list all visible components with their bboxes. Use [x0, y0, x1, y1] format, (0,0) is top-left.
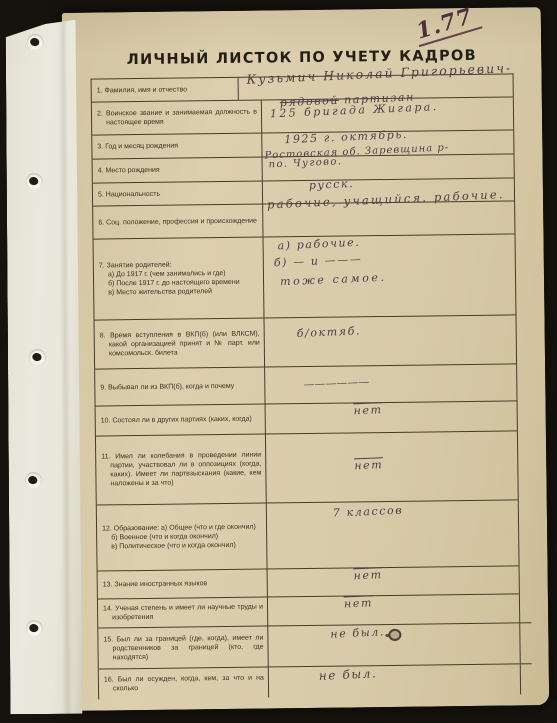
field-label-cell: 5. Национальность — [93, 182, 263, 206]
field-number: 12. — [102, 525, 112, 532]
field-value-handwritten: не был. — [268, 623, 519, 666]
field-label: 4. Место рождения — [98, 165, 258, 176]
field-number: 4. — [98, 167, 104, 174]
field-number: 1. — [97, 87, 103, 94]
field-label-cell: 6. Соц. положение, профессия и происхожд… — [93, 205, 263, 239]
scan-background: 1.77 ЛИЧНЫЙ ЛИСТОК ПО УЧЕТУ КАДРОВ 1. Фа… — [0, 0, 557, 723]
punch-hole — [27, 34, 44, 51]
field-sublabel: в) Политическое (что и когда окончил) — [111, 541, 262, 552]
field-number: 10. — [101, 417, 111, 424]
field-label: 10. Состоял ли в других партиях (каких, … — [101, 415, 261, 426]
form-row: 11. Имел ли колебания в проведении линии… — [96, 431, 518, 505]
field-label-cell: 15. Был ли за границей (где, когда), име… — [98, 626, 268, 668]
field-number: 14. — [103, 605, 113, 612]
handwritten-entry-line: 7 классов — [333, 499, 518, 520]
field-number: 11. — [101, 453, 110, 460]
form-row: 7. Занятие родителей: а) До 1917 г. (чем… — [94, 234, 516, 320]
field-label-cell: 11. Имел ли колебания в проведении линии… — [96, 434, 267, 504]
field-number: 8. — [100, 332, 106, 339]
handwritten-entry-line: нет — [354, 452, 517, 472]
field-number: 2. — [97, 110, 103, 117]
field-label-cell: 1. Фамилия, имя и отчество — [92, 78, 239, 102]
field-label-cell: 4. Место рождения — [93, 158, 263, 183]
field-label: 16. Был ли осужден, когда, кем, за что и… — [104, 674, 264, 694]
field-label: 2. Воинское звание и занимаемая должност… — [97, 108, 257, 128]
punch-hole — [26, 173, 43, 190]
field-label: 15. Был ли за границей (где, когда), име… — [103, 633, 263, 662]
field-value-handwritten: 7 классов — [267, 500, 519, 568]
field-label: 13. Знание иностранных языков — [103, 579, 263, 590]
handwritten-entry-line: тоже самое. — [280, 265, 515, 288]
field-label-cell: 3. Год и месяц рождения — [92, 134, 262, 159]
field-label-cell: 2. Воинское звание и занимаемая должност… — [92, 101, 262, 135]
field-label: 1. Фамилия, имя и отчество — [97, 84, 234, 95]
field-label: 8. Время вступления в ВКП(б) (или ВЛКСМ)… — [100, 329, 260, 358]
field-label: 14. Ученая степень и имеет ли научные тр… — [103, 603, 263, 623]
field-label-cell: 13. Знание иностранных языков — [98, 569, 268, 598]
field-label-cell: 16. Был ли осужден, когда, кем, за что и… — [99, 667, 269, 699]
field-label-cell: 8. Время вступления в ВКП(б) (или ВЛКСМ)… — [95, 318, 266, 368]
field-value-handwritten: —————— — [265, 364, 516, 403]
field-number: 7. — [99, 262, 105, 269]
field-label-cell: 9. Выбывал ли из ВКП(б), когда и почему — [95, 367, 265, 405]
punch-hole — [25, 472, 42, 489]
punch-hole — [29, 349, 46, 366]
field-number: 16. — [104, 676, 114, 683]
strip-fold-shadow — [58, 20, 73, 714]
field-label: 11. Имел ли колебания в проведении линии… — [101, 451, 261, 489]
field-number: 6. — [98, 219, 104, 226]
field-label: 3. Год и месяц рождения — [97, 141, 257, 152]
field-number: 13. — [103, 581, 113, 588]
form-row: 8. Время вступления в ВКП(б) (или ВЛКСМ)… — [95, 315, 517, 369]
field-number: 15. — [103, 636, 113, 643]
field-value-handwritten: нет — [266, 401, 517, 433]
field-value-handwritten: а) рабочие.б) — и ———тоже самое. — [264, 234, 516, 317]
punch-hole — [26, 620, 43, 637]
field-sublabel: в) Место жительства родителей — [108, 287, 259, 298]
field-label-cell: 7. Занятие родителей: а) До 1917 г. (чем… — [94, 238, 265, 320]
handwritten-entry-line: —————— — [303, 369, 516, 391]
field-label-cell: 14. Ученая степень и имеет ли научные тр… — [98, 597, 268, 627]
archive-number-handwritten: 1.77 — [411, 1, 482, 47]
handwritten-entry-line: б/октяб. — [296, 318, 515, 341]
field-number: 3. — [97, 143, 103, 150]
field-number: 9. — [100, 384, 106, 391]
field-label-cell: 12. Образование: а) Общее (что и где око… — [97, 503, 268, 570]
field-label: 9. Выбывал ли из ВКП(б), когда и почему — [100, 381, 260, 392]
field-label-cell: 10. Состоял ли в других партиях (каких, … — [96, 404, 266, 435]
field-value-handwritten: б/октяб. — [265, 315, 517, 366]
field-label: 6. Соц. положение, профессия и происхожд… — [98, 216, 258, 227]
form-table: 1. Фамилия, имя и отчество Кузьмич Никол… — [91, 73, 522, 699]
scanned-page: 1.77 ЛИЧНЫЙ ЛИСТОК ПО УЧЕТУ КАДРОВ 1. Фа… — [62, 7, 549, 711]
binder-strip — [6, 20, 83, 714]
field-value-handwritten: нет — [266, 431, 518, 502]
field-value-handwritten: не был. — [269, 664, 520, 697]
form-row: 12. Образование: а) Общее (что и где око… — [97, 500, 519, 571]
form-row: 16. Был ли осужден, когда, кем, за что и… — [99, 664, 520, 699]
field-number: 5. — [98, 191, 104, 198]
field-label: 5. Национальность — [98, 188, 258, 199]
